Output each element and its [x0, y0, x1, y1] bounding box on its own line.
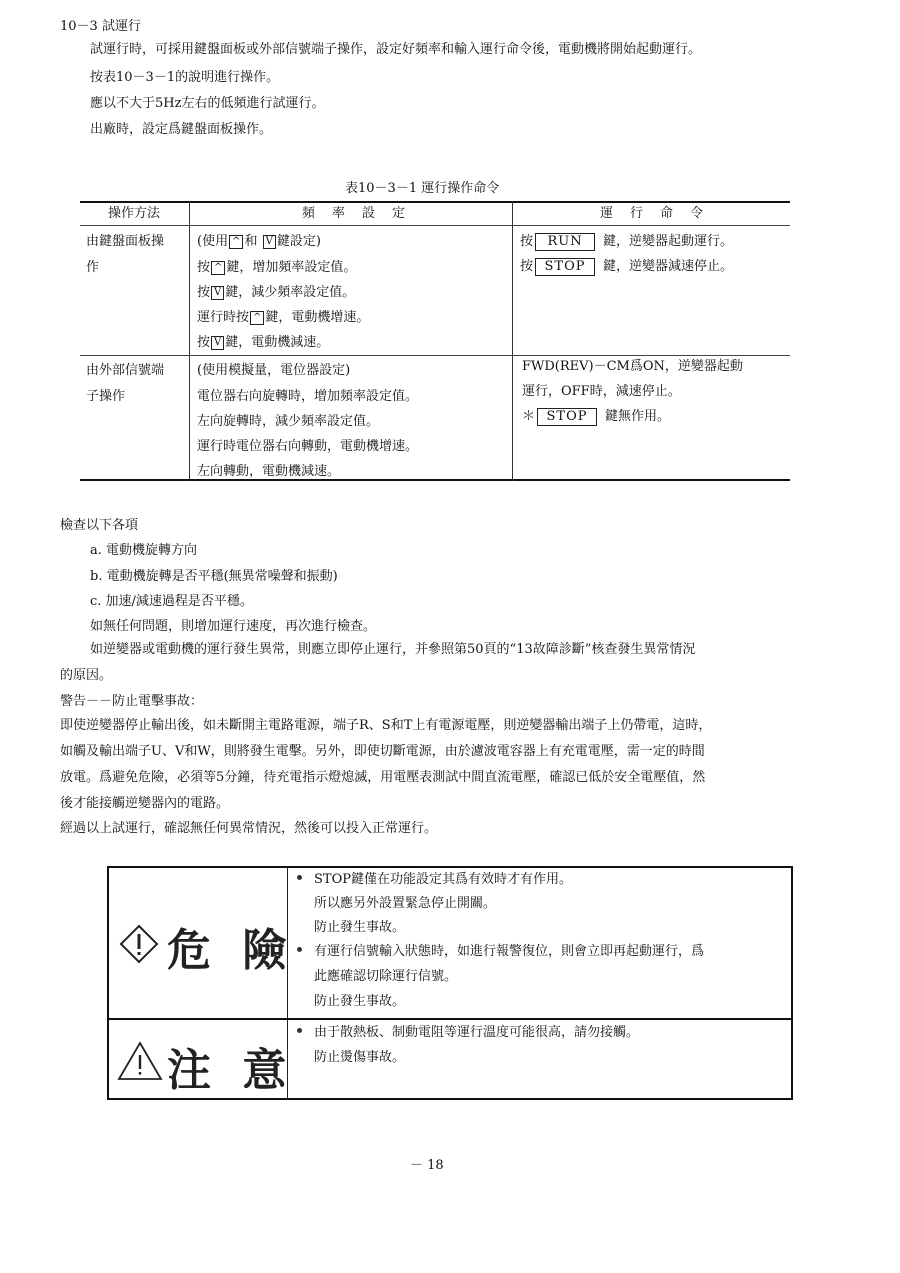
method-keypad: 由鍵盤面板操 [86, 234, 164, 250]
bullet-icon [297, 1028, 302, 1033]
method-external-cont: 子操作 [86, 389, 125, 405]
stop-key-icon: STOP [537, 408, 597, 426]
danger-line: 有運行信號輸入狀態時，如進行報警復位，則會立即再起動運行，爲 [297, 944, 704, 960]
table-border-top [80, 201, 790, 203]
down-key-icon: V [263, 235, 276, 249]
freq-keypad-line: 按V鍵，減少頻率設定值。 [197, 285, 355, 301]
section-heading: 10－3 試運行 [60, 19, 141, 35]
intro-paragraph: 試運行時，可採用鍵盤面板或外部信號端子操作，設定好頻率和輸入運行命令後，電動機將… [90, 42, 701, 58]
check-item: a. 電動機旋轉方向 [90, 543, 197, 559]
down-key-icon: V [211, 336, 224, 350]
method-external: 由外部信號端 [86, 363, 164, 379]
command-external-line: FWD(REV)－CM爲ON，逆變器起動 [522, 359, 743, 375]
danger-line: STOP鍵僅在功能設定其爲有效時才有作用。 [297, 872, 572, 888]
table-col-divider [512, 201, 513, 481]
safety-notice-box: 危 險 STOP鍵僅在功能設定其爲有效時才有作用。 所以應另外設置緊急停止開關。… [107, 866, 793, 1100]
warning-line: 如觸及輸出端子U、V和W，則將發生電擊。另外，即使切斷電源，由於濾波電容器上有充… [60, 744, 705, 760]
table-border-bottom [80, 479, 790, 481]
intro-paragraph: 應以不大于5Hz左右的低頻進行試運行。 [90, 96, 324, 112]
checks-followup: 如逆變器或電動機的運行發生異常，則應立即停止運行，并參照第50頁的“13故障診斷… [90, 642, 695, 658]
bullet-icon [297, 947, 302, 952]
table-row-divider [80, 355, 790, 356]
table-caption: 表10－3－1 運行操作命令 [345, 181, 499, 197]
freq-external-line: (使用模擬量，電位器設定) [197, 363, 350, 379]
command-run-line: 按RUN鍵，逆變器起動運行。 [520, 233, 733, 251]
run-key-icon: RUN [535, 233, 595, 251]
command-external-note: ＊STOP鍵無作用。 [522, 408, 670, 426]
checks-title: 檢查以下各項 [60, 518, 138, 534]
command-stop-line: 按STOP鍵，逆變器減速停止。 [520, 258, 733, 276]
safety-box-separator [109, 1018, 791, 1020]
up-key-icon: ^ [229, 235, 243, 249]
freq-external-line: 運行時電位器右向轉動，電動機增速。 [197, 439, 418, 455]
table-header-command: 運 行 命 令 [600, 206, 705, 222]
warning-line: 後才能接觸逆變器內的電路。 [60, 796, 229, 812]
freq-keypad-line: 運行時按^鍵，電動機增速。 [197, 310, 369, 326]
freq-keypad-line: 按V鍵，電動機減速。 [197, 335, 329, 351]
bullet-icon [297, 875, 302, 880]
warning-title: 警告－－防止電擊事故： [60, 694, 203, 710]
check-item: b. 電動機旋轉是否平穩(無異常噪聲和振動) [90, 569, 338, 585]
caution-line: 防止燙傷事故。 [314, 1050, 405, 1066]
warning-line: 即使逆變器停止輸出後，如未斷開主電路電源，端子R、S和T上有電源電壓，則逆變器輸… [60, 718, 711, 734]
intro-paragraph: 出廠時，設定爲鍵盤面板操作。 [90, 122, 272, 138]
diamond-exclamation-icon [119, 924, 159, 964]
warning-line: 放電。爲避免危險，必須等5分鐘，待充電指示燈熄滅，用電壓表測試中間直流電壓，確認… [60, 770, 705, 786]
table-header-method: 操作方法 [108, 206, 160, 222]
up-key-icon: ^ [250, 311, 264, 325]
freq-keypad-line: (使用^和 V鍵設定) [197, 234, 321, 250]
stop-key-icon: STOP [535, 258, 595, 276]
danger-line: 此應確認切除運行信號。 [314, 969, 457, 985]
page-number: － 18 [410, 1158, 444, 1174]
up-key-icon: ^ [211, 261, 225, 275]
freq-external-line: 電位器右向旋轉時，增加頻率設定值。 [197, 389, 418, 405]
conclusion: 經過以上試運行，確認無任何異常情況，然後可以投入正常運行。 [60, 821, 437, 837]
danger-label: 危 險 [167, 914, 294, 978]
operation-command-table: 操作方法 頻 率 設 定 運 行 命 令 由鍵盤面板操 作 (使用^和 V鍵設定… [80, 201, 790, 481]
check-item: c. 加速/減速過程是否平穩。 [90, 594, 253, 610]
table-header-frequency: 頻 率 設 定 [302, 206, 407, 222]
checks-followup: 的原因。 [60, 668, 112, 684]
freq-external-line: 左向旋轉時，減少頻率設定值。 [197, 414, 379, 430]
down-key-icon: V [211, 286, 224, 300]
danger-line: 所以應另外設置緊急停止開關。 [314, 896, 496, 912]
danger-line: 防止發生事故。 [314, 994, 405, 1010]
caution-line: 由于散熱板、制動電阻等運行溫度可能很高，請勿接觸。 [297, 1025, 639, 1041]
table-header-divider [80, 225, 790, 226]
freq-external-line: 左向轉動，電動機減速。 [197, 464, 340, 480]
intro-paragraph: 按表10－3－1的說明進行操作。 [90, 70, 279, 86]
caution-label: 注 意 [167, 1034, 294, 1098]
method-keypad-cont: 作 [86, 260, 99, 276]
triangle-exclamation-icon [117, 1041, 163, 1081]
danger-line: 防止發生事故。 [314, 920, 405, 936]
table-col-divider [189, 201, 190, 481]
freq-keypad-line: 按^鍵，增加頻率設定值。 [197, 260, 356, 276]
command-external-line: 運行，OFF時，減速停止。 [522, 384, 681, 400]
checks-followup: 如無任何問題，則增加運行速度，再次進行檢查。 [90, 619, 376, 635]
